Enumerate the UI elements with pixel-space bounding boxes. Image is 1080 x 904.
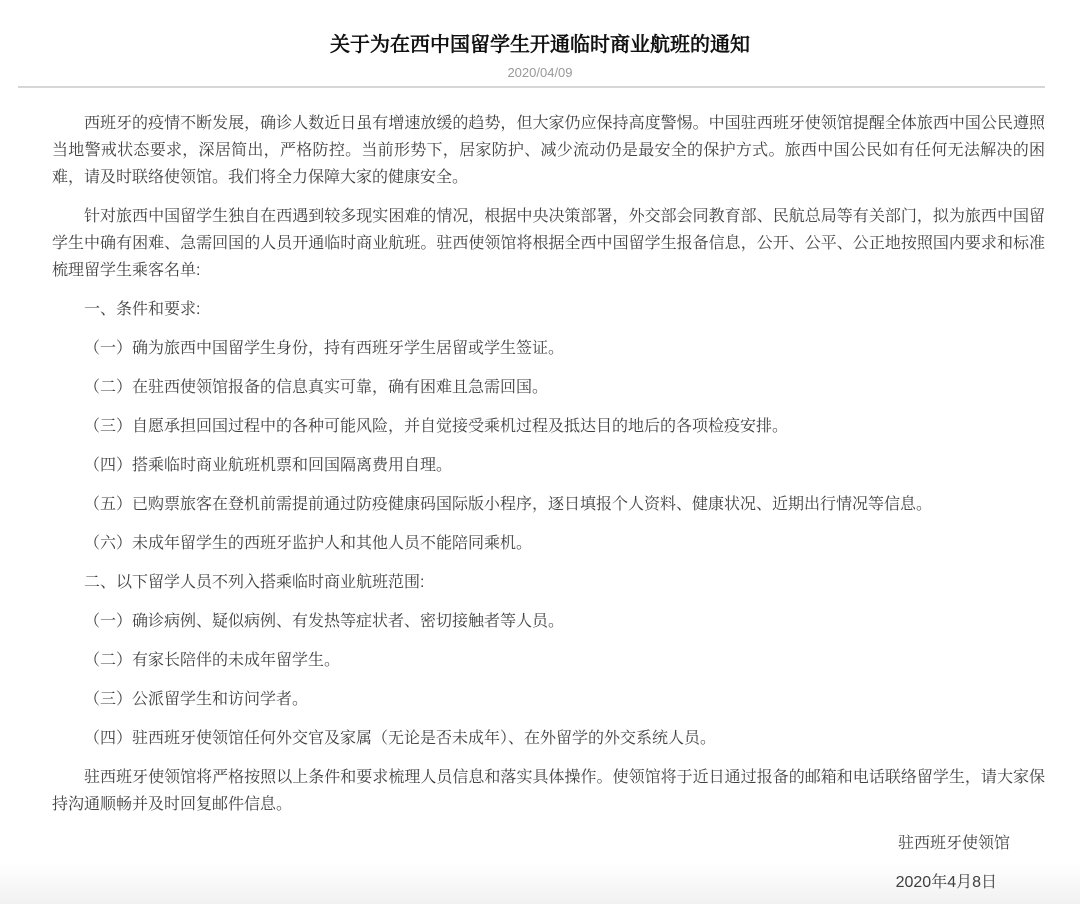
section-1-item-6: （六）未成年留学生的西班牙监护人和其他人员不能陪同乘机。 [52,530,1045,557]
section-1-item-5: （五）已购票旅客在登机前需提前通过防疫健康码国际版小程序，逐日填报个人资料、健康… [52,491,1045,518]
section-1-heading: 一、条件和要求: [52,296,1045,323]
section-1-item-4: （四）搭乘临时商业航班机票和回国隔离费用自理。 [52,452,1045,479]
page-title: 关于为在西中国留学生开通临时商业航班的通知 [0,0,1080,58]
section-1-item-1: （一）确为旅西中国留学生身份，持有西班牙学生居留或学生签证。 [52,335,1045,362]
section-1-item-3: （三）自愿承担回国过程中的各种可能风险，并自觉接受乘机过程及抵达目的地后的各项检… [52,413,1045,440]
publish-date: 2020/04/09 [0,64,1080,82]
header-divider [18,86,1045,88]
section-2-item-1: （一）确诊病例、疑似病例、有发热等症状者、密切接触者等人员。 [52,608,1045,635]
intro-paragraph-1: 西班牙的疫情不断发展，确诊人数近日虽有增速放缓的趋势，但大家仍应保持高度警惕。中… [52,110,1045,191]
section-2-item-3: （三）公派留学生和访问学者。 [52,686,1045,713]
section-2-heading: 二、以下留学人员不列入搭乘临时商业航班范围: [52,569,1045,596]
signature-date: 2020年4月8日 [52,869,1045,896]
closing-paragraph: 驻西班牙使领馆将严格按照以上条件和要求梳理人员信息和落实具体操作。使领馆将于近日… [52,764,1045,818]
section-1-item-2: （二）在驻西使领馆报备的信息真实可靠，确有困难且急需回国。 [52,374,1045,401]
section-2-item-2: （二）有家长陪伴的未成年留学生。 [52,647,1045,674]
signature: 驻西班牙使领馆 [52,830,1045,857]
notice-page: { "notice": { "title": "关于为在西中国留学生开通临时商业… [0,0,1080,904]
section-2-item-4: （四）驻西班牙使领馆任何外交官及家属（无论是否未成年）、在外留学的外交系统人员。 [52,725,1045,752]
intro-paragraph-2: 针对旅西中国留学生独自在西遇到较多现实困难的情况，根据中央决策部署，外交部会同教… [52,203,1045,284]
notice-body: 西班牙的疫情不断发展，确诊人数近日虽有增速放缓的趋势，但大家仍应保持高度警惕。中… [52,110,1045,896]
